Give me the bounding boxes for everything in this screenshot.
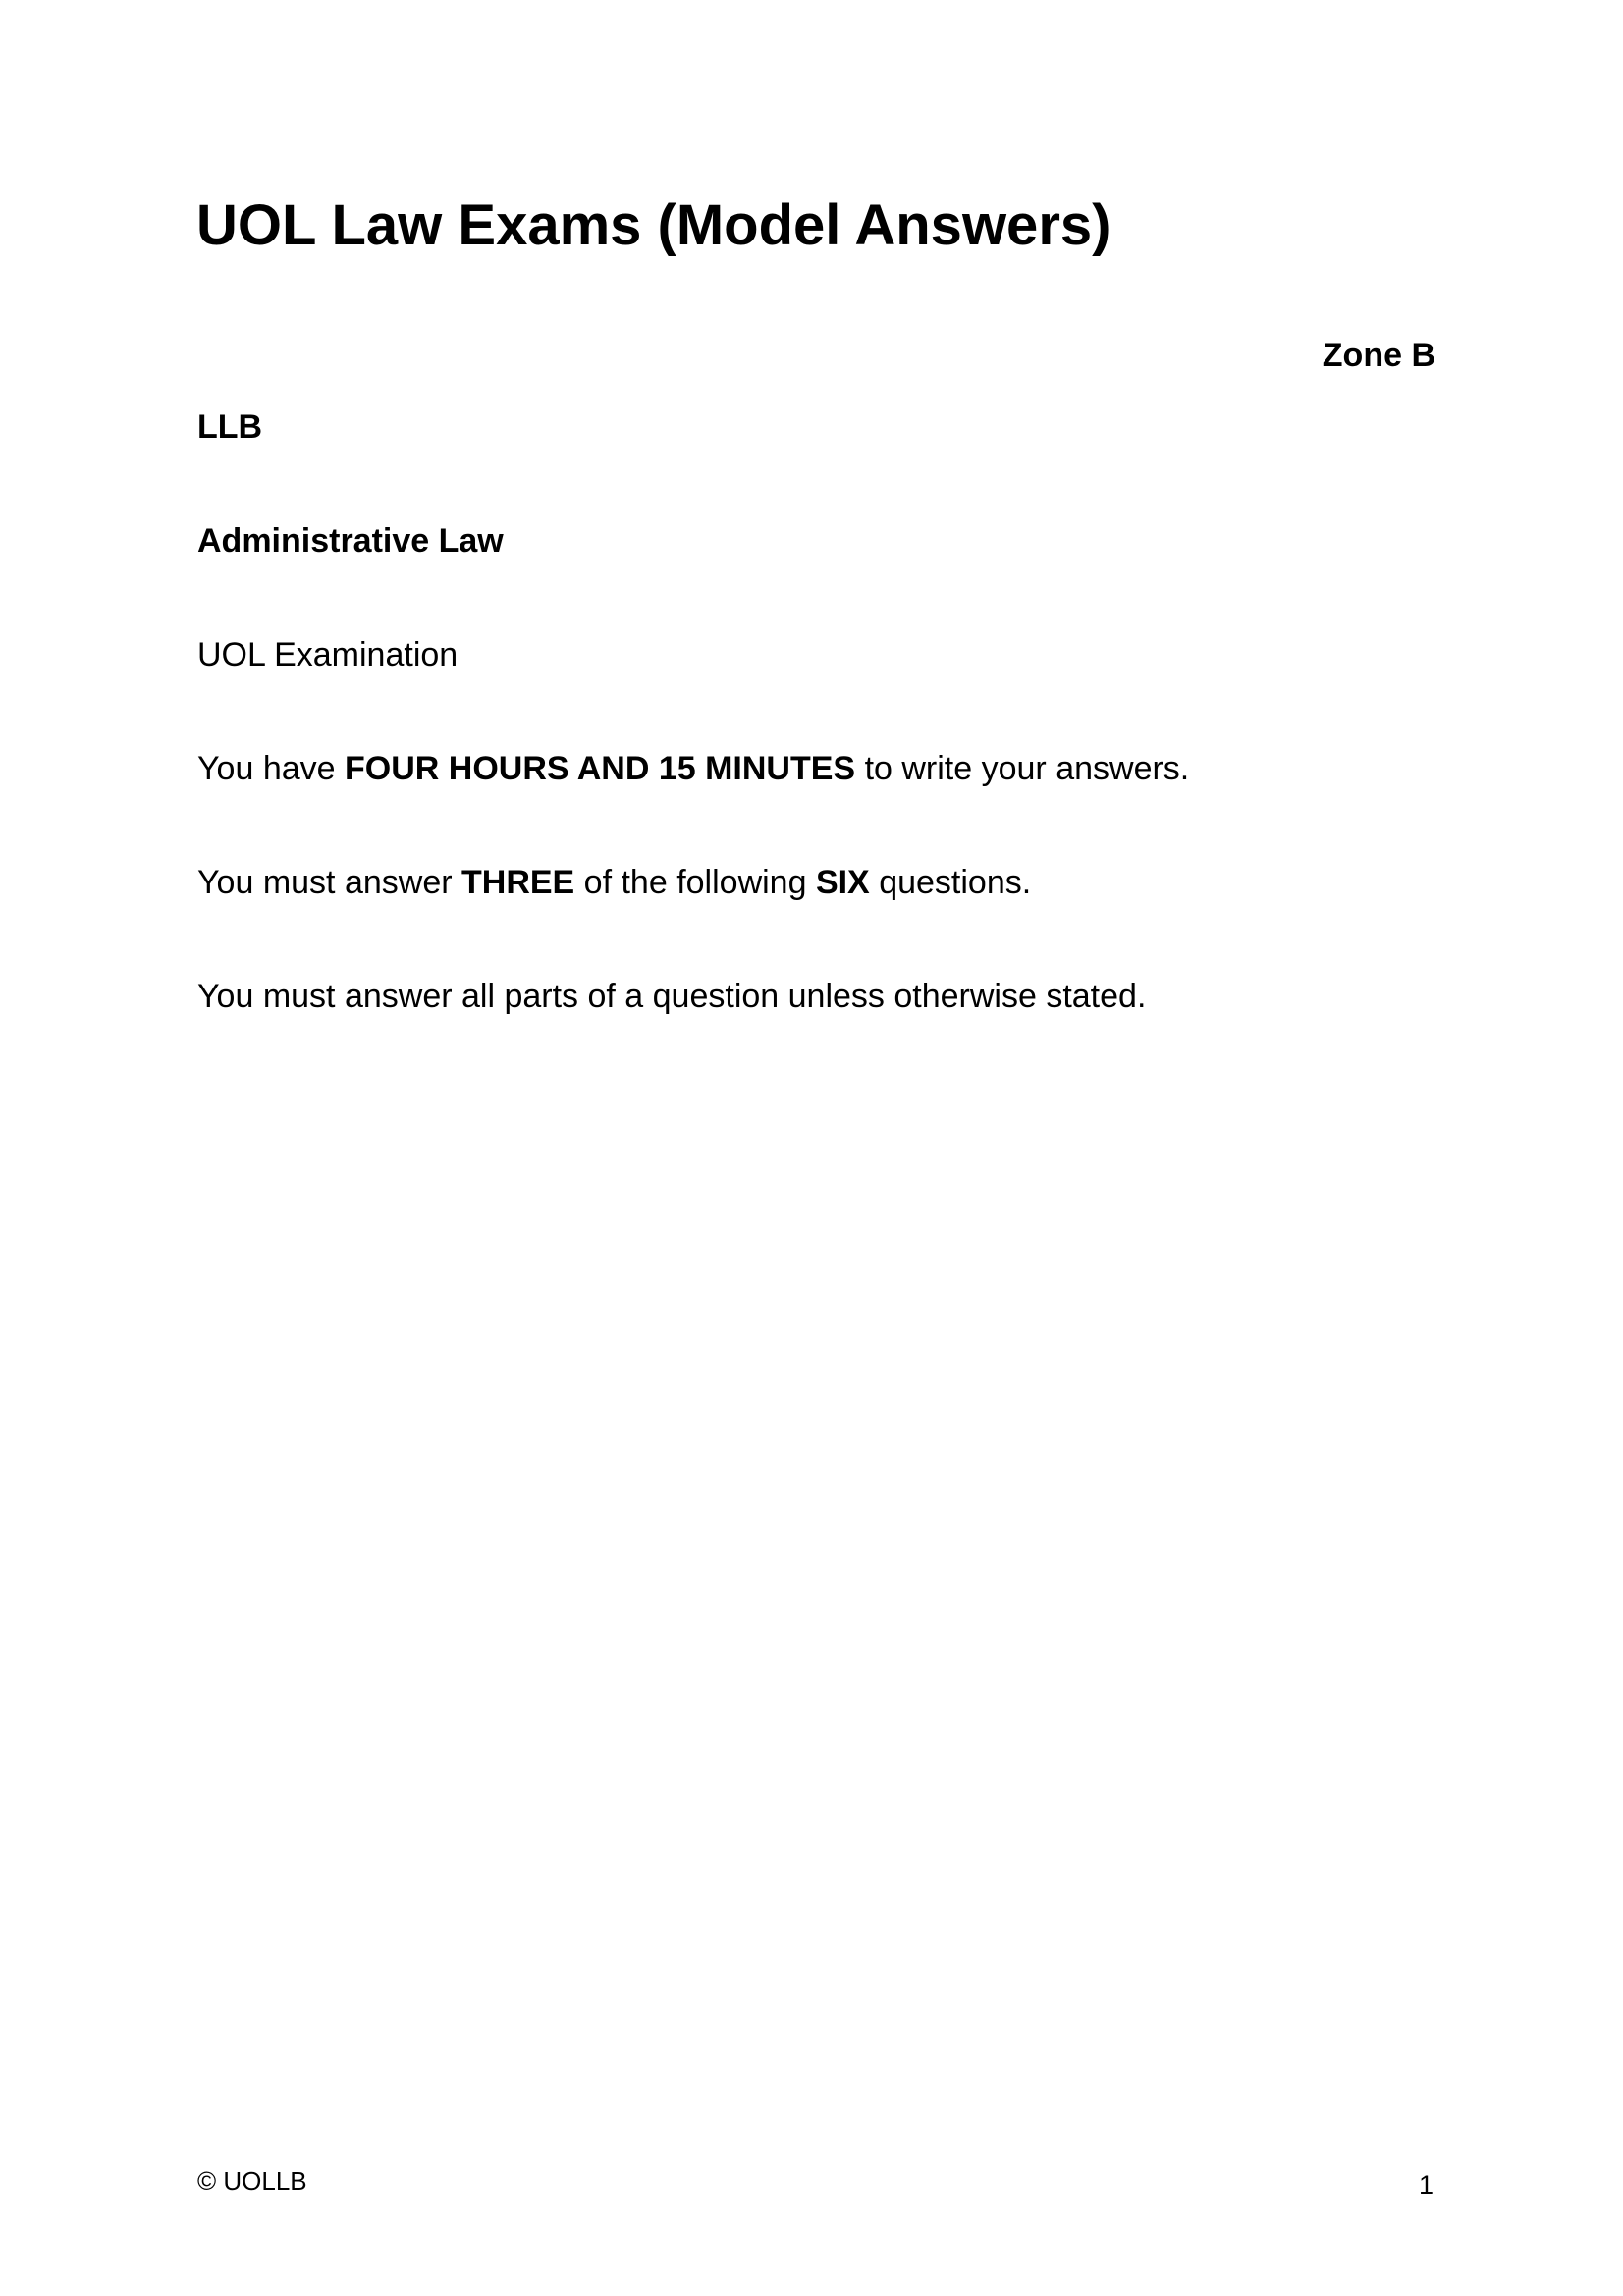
instruction-time-pre: You have: [197, 750, 345, 787]
zone-label: Zone B: [1323, 339, 1435, 372]
instruction-time-duration: FOUR HOURS AND 15 MINUTES: [345, 750, 855, 787]
subject-heading: Administrative Law: [197, 524, 504, 558]
document-page: UOL Law Exams (Model Answers) Zone B LLB…: [0, 0, 1623, 2296]
instruction-question-count: You must answer THREE of the following S…: [197, 866, 1031, 899]
document-title: UOL Law Exams (Model Answers): [196, 197, 1110, 254]
instruction-count-total: SIX: [816, 864, 870, 901]
instruction-count-required: THREE: [461, 864, 574, 901]
page-number: 1: [1419, 2172, 1434, 2199]
instruction-time-post: to write your answers.: [855, 750, 1189, 787]
instruction-time: You have FOUR HOURS AND 15 MINUTES to wr…: [197, 752, 1189, 785]
exam-name: UOL Examination: [197, 638, 458, 671]
footer-copyright: © UOLLB: [197, 2168, 307, 2194]
instruction-count-post: questions.: [870, 864, 1031, 901]
programme-label: LLB: [197, 410, 262, 444]
instruction-count-mid: of the following: [574, 864, 816, 901]
instruction-count-pre: You must answer: [197, 864, 461, 901]
instruction-all-parts: You must answer all parts of a question …: [197, 980, 1146, 1013]
